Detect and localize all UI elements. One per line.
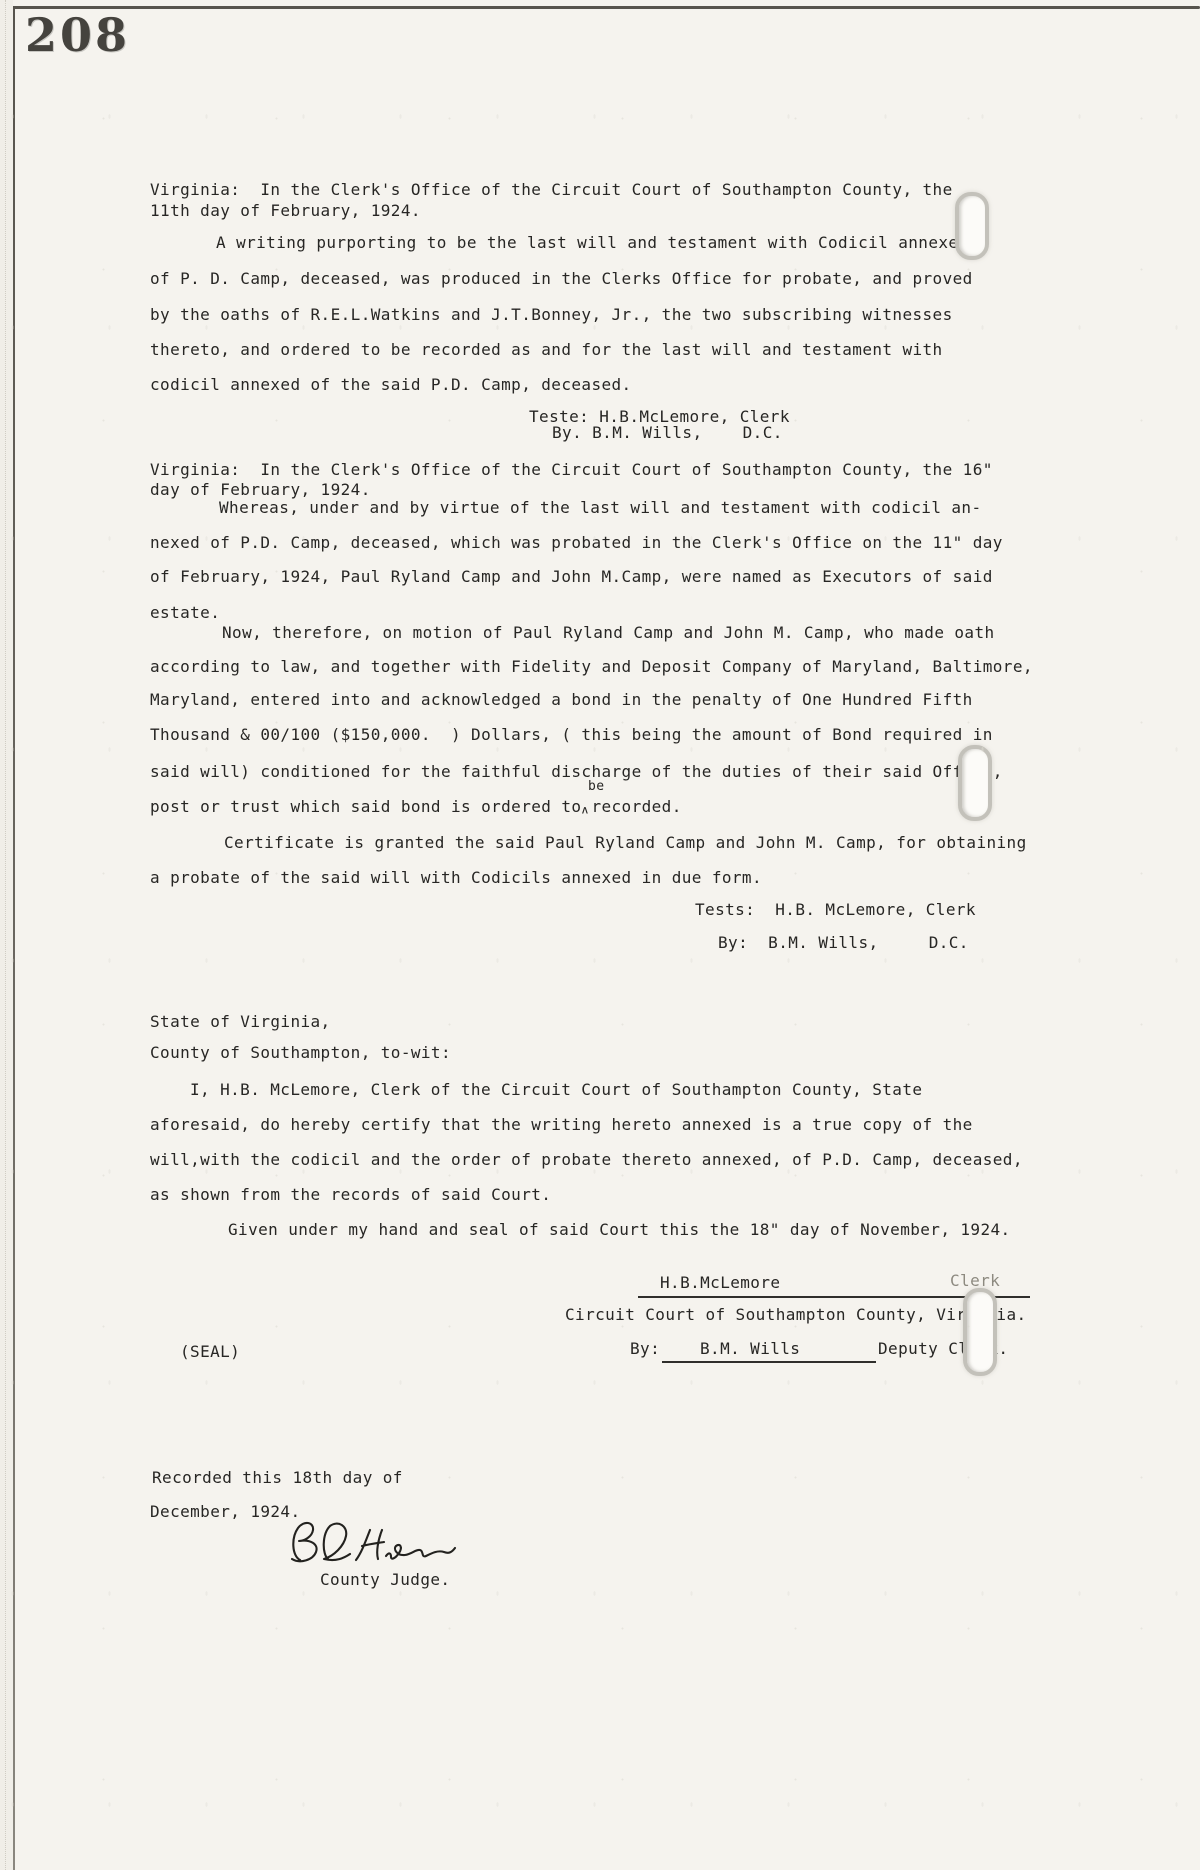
- text-line: By: B.M. Wills, D.C.: [718, 934, 969, 952]
- text-line: A writing purporting to be the last will…: [216, 234, 968, 252]
- text-line: I, H.B. McLemore, Clerk of the Circuit C…: [190, 1081, 922, 1099]
- text-line: post or trust which said bond is ordered…: [150, 798, 682, 816]
- text-line: thereto, and ordered to be recorded as a…: [150, 341, 943, 359]
- page-number-stamp: 208: [25, 8, 130, 62]
- text-line: County of Southampton, to-wit:: [150, 1044, 451, 1062]
- text-line: Virginia: In the Clerk's Office of the C…: [150, 461, 993, 479]
- text-line: aforesaid, do hereby certify that the wr…: [150, 1116, 973, 1134]
- text-line: Whereas, under and by virtue of the last…: [219, 499, 982, 517]
- page-border-left: [13, 6, 15, 1870]
- text-line: of February, 1924, Paul Ryland Camp and …: [150, 568, 993, 586]
- text-line: ∧: [581, 805, 589, 818]
- binder-hole: [958, 745, 992, 821]
- scanned-court-record-page: 208 Virginia: In the Clerk's Office of t…: [0, 0, 1200, 1870]
- text-line: day of February, 1924.: [150, 481, 371, 499]
- binder-hole: [955, 192, 989, 260]
- text-line: said will) conditioned for the faithful …: [150, 763, 1003, 781]
- text-line: Maryland, entered into and acknowledged …: [150, 691, 973, 709]
- binder-hole: [963, 1288, 997, 1376]
- text-line: Tests: H.B. McLemore, Clerk: [695, 901, 976, 919]
- text-line: nexed of P.D. Camp, deceased, which was …: [150, 534, 1003, 552]
- text-line: according to law, and together with Fide…: [150, 658, 1033, 676]
- text-line: Certificate is granted the said Paul Ryl…: [224, 834, 1027, 852]
- text-line: Now, therefore, on motion of Paul Ryland…: [222, 624, 995, 642]
- text-line: By. B.M. Wills, D.C.: [552, 424, 783, 442]
- text-line: 11th day of February, 1924.: [150, 202, 421, 220]
- text-line: State of Virginia,: [150, 1013, 331, 1031]
- scan-edge-strip: [0, 0, 13, 1870]
- text-line: B.M. Wills: [700, 1340, 800, 1358]
- signature-rule: [662, 1361, 876, 1363]
- county-judge-signature-bdhiers: [278, 1518, 458, 1570]
- text-line: estate.: [150, 604, 220, 622]
- text-line: by the oaths of R.E.L.Watkins and J.T.Bo…: [150, 306, 953, 324]
- text-line: codicil annexed of the said P.D. Camp, d…: [150, 376, 632, 394]
- scan-edge-dots: [5, 0, 6, 1870]
- text-line: Thousand & 00/100 ($150,000. ) Dollars, …: [150, 726, 993, 744]
- text-line: Circuit Court of Southampton County, Vir…: [565, 1306, 1027, 1324]
- text-line: Virginia: In the Clerk's Office of the C…: [150, 181, 953, 199]
- text-line: County Judge.: [320, 1571, 450, 1589]
- text-line: be: [588, 780, 604, 795]
- text-line: (SEAL): [180, 1343, 240, 1361]
- text-line: H.B.McLemore: [660, 1274, 780, 1292]
- text-line: of P. D. Camp, deceased, was produced in…: [150, 270, 973, 288]
- text-line: By:: [630, 1340, 660, 1358]
- text-line: as shown from the records of said Court.: [150, 1186, 551, 1204]
- text-line: will,with the codicil and the order of p…: [150, 1151, 1023, 1169]
- text-line: a probate of the said will with Codicils…: [150, 869, 762, 887]
- text-line: Recorded this 18th day of: [152, 1469, 403, 1487]
- page-border-top: [13, 6, 1200, 9]
- text-line: Given under my hand and seal of said Cou…: [228, 1221, 1011, 1239]
